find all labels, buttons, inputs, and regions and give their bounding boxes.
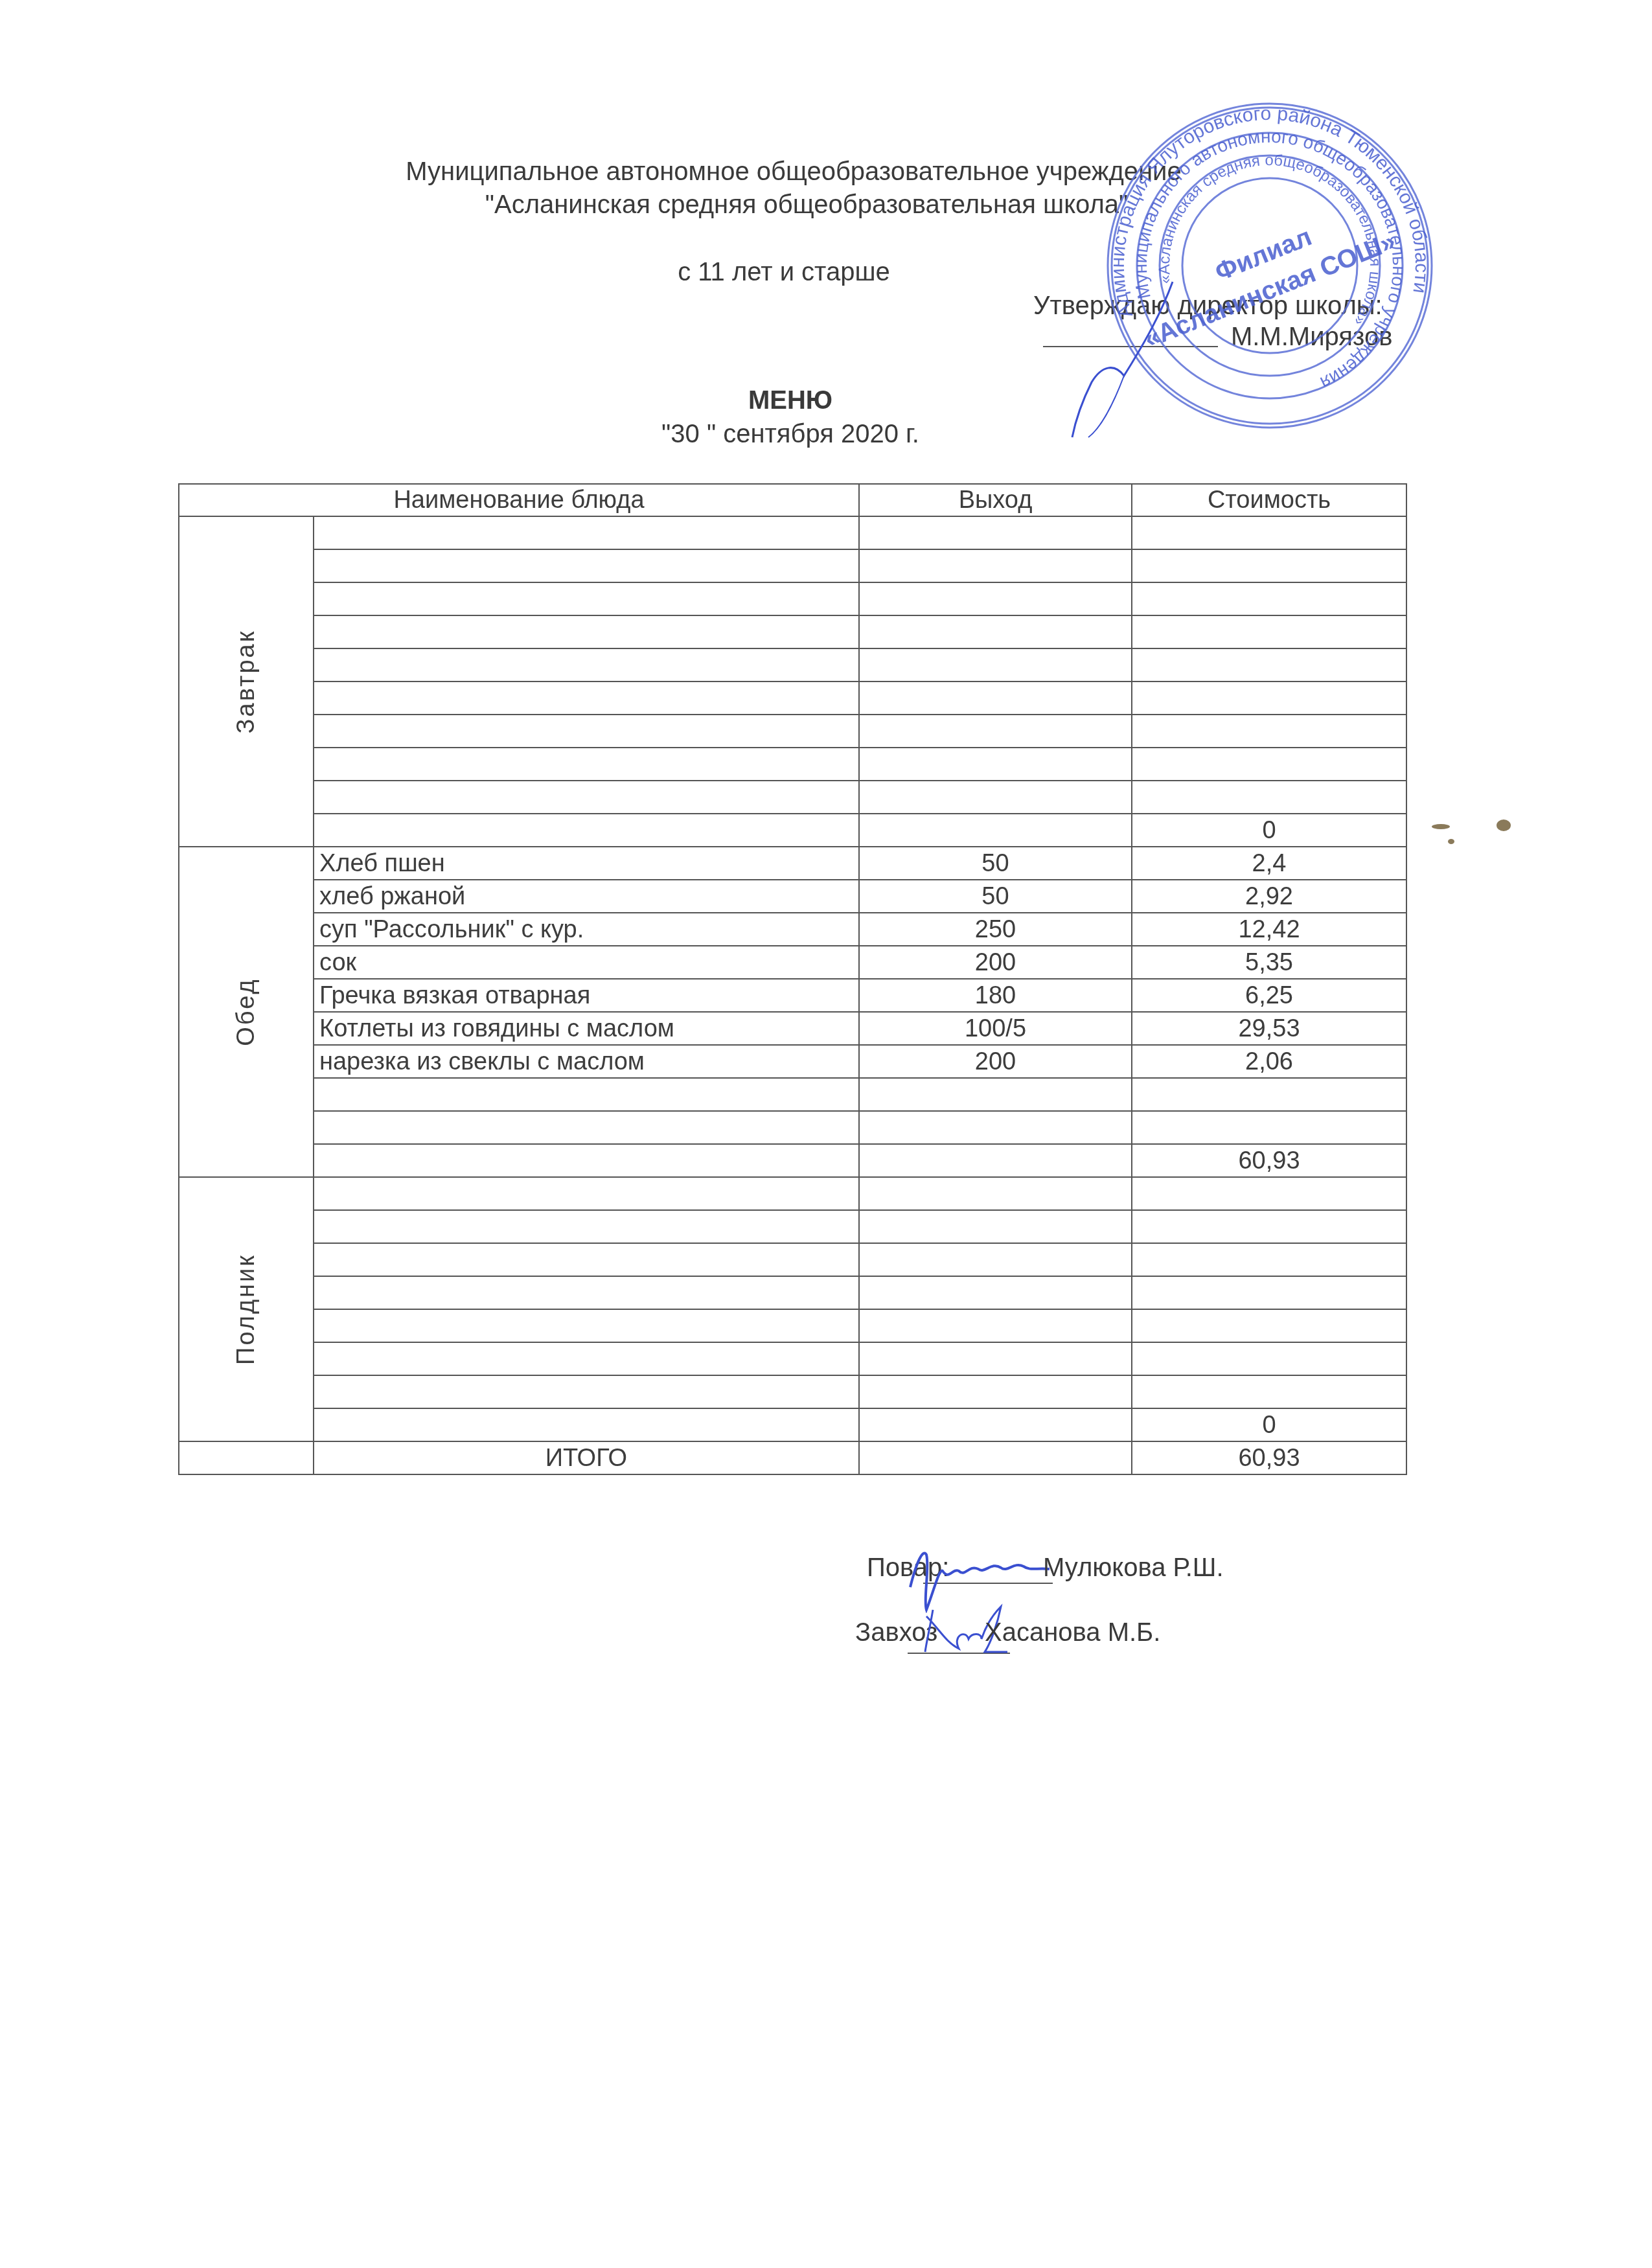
table-row bbox=[179, 582, 1406, 615]
subtotal-cost: 0 bbox=[1132, 1408, 1406, 1441]
subtotal-row: 60,93 bbox=[179, 1144, 1406, 1177]
total-yield bbox=[859, 1441, 1132, 1474]
dish-name bbox=[314, 516, 859, 549]
dish-cost bbox=[1132, 1078, 1406, 1111]
table-row bbox=[179, 1309, 1406, 1342]
dish-cost bbox=[1132, 715, 1406, 748]
dish-name bbox=[314, 615, 859, 648]
dish-yield bbox=[859, 582, 1132, 615]
scan-speck bbox=[1448, 839, 1454, 844]
dish-yield bbox=[859, 1210, 1132, 1243]
subtotal-yield bbox=[859, 1408, 1132, 1441]
dish-name bbox=[314, 1375, 859, 1408]
dish-yield bbox=[859, 516, 1132, 549]
dish-name bbox=[314, 1243, 859, 1276]
scan-speck bbox=[1497, 819, 1511, 831]
table-row: Завтрак bbox=[179, 516, 1406, 549]
dish-name: Хлеб пшен bbox=[314, 847, 859, 880]
subtotal-yield bbox=[859, 814, 1132, 847]
total-row: ИТОГО 60,93 bbox=[179, 1441, 1406, 1474]
dish-yield bbox=[859, 1111, 1132, 1144]
dish-cost bbox=[1132, 615, 1406, 648]
dish-cost bbox=[1132, 1309, 1406, 1342]
dish-cost bbox=[1132, 1342, 1406, 1375]
column-header-yield: Выход bbox=[859, 484, 1132, 516]
dish-name bbox=[314, 1177, 859, 1210]
dish-yield: 200 bbox=[859, 946, 1132, 979]
dish-yield bbox=[859, 1243, 1132, 1276]
dish-cost: 6,25 bbox=[1132, 979, 1406, 1012]
table-row: ОбедХлеб пшен502,4 bbox=[179, 847, 1406, 880]
column-header-cost: Стоимость bbox=[1132, 484, 1406, 516]
dish-cost: 2,06 bbox=[1132, 1045, 1406, 1078]
table-row: нарезка из свеклы с маслом2002,06 bbox=[179, 1045, 1406, 1078]
dish-yield: 50 bbox=[859, 847, 1132, 880]
table-row bbox=[179, 615, 1406, 648]
dish-name bbox=[314, 648, 859, 682]
dish-name bbox=[314, 582, 859, 615]
dish-yield bbox=[859, 1078, 1132, 1111]
meal-section-cell: Полдник bbox=[179, 1177, 314, 1441]
director-signature-icon bbox=[1062, 279, 1179, 441]
table-row bbox=[179, 1375, 1406, 1408]
dish-cost bbox=[1132, 781, 1406, 814]
dish-cost: 29,53 bbox=[1132, 1012, 1406, 1045]
dish-yield bbox=[859, 1309, 1132, 1342]
dish-yield: 50 bbox=[859, 880, 1132, 913]
dish-name bbox=[314, 1078, 859, 1111]
table-row bbox=[179, 1078, 1406, 1111]
table-header-row: Наименование блюда Выход Стоимость bbox=[179, 484, 1406, 516]
subtotal-name bbox=[314, 1144, 859, 1177]
dish-yield: 180 bbox=[859, 979, 1132, 1012]
dish-cost bbox=[1132, 1375, 1406, 1408]
dish-yield bbox=[859, 781, 1132, 814]
dish-name bbox=[314, 1309, 859, 1342]
dish-cost bbox=[1132, 748, 1406, 781]
dish-name: сок bbox=[314, 946, 859, 979]
table-row: Котлеты из говядины с маслом100/529,53 bbox=[179, 1012, 1406, 1045]
table-row bbox=[179, 781, 1406, 814]
dish-name bbox=[314, 682, 859, 715]
dish-yield: 250 bbox=[859, 913, 1132, 946]
dish-cost bbox=[1132, 582, 1406, 615]
dish-cost: 5,35 bbox=[1132, 946, 1406, 979]
cook-signature-icon bbox=[904, 1542, 1053, 1613]
subtotal-row: 0 bbox=[179, 814, 1406, 847]
dish-cost bbox=[1132, 1111, 1406, 1144]
dish-yield bbox=[859, 1375, 1132, 1408]
table-row: сок2005,35 bbox=[179, 946, 1406, 979]
total-value: 60,93 bbox=[1132, 1441, 1406, 1474]
scan-speck bbox=[1432, 824, 1450, 829]
total-label: ИТОГО bbox=[314, 1441, 859, 1474]
dish-cost bbox=[1132, 648, 1406, 682]
table-row bbox=[179, 1243, 1406, 1276]
dish-name bbox=[314, 549, 859, 582]
cook-name: Мулюкова Р.Ш. bbox=[1043, 1555, 1224, 1581]
dish-name: Гречка вязкая отварная bbox=[314, 979, 859, 1012]
age-group: с 11 лет и старше bbox=[648, 259, 920, 285]
table-row bbox=[179, 715, 1406, 748]
meal-section-label: Завтрак bbox=[232, 630, 260, 734]
meal-section-cell: Завтрак bbox=[179, 516, 314, 847]
dish-name bbox=[314, 1276, 859, 1309]
dish-cost: 2,92 bbox=[1132, 880, 1406, 913]
subtotal-yield bbox=[859, 1144, 1132, 1177]
page-title: МЕНЮ bbox=[713, 387, 868, 413]
meal-section-label: Обед bbox=[232, 978, 260, 1046]
table-row: Полдник bbox=[179, 1177, 1406, 1210]
dish-name bbox=[314, 715, 859, 748]
dish-yield bbox=[859, 715, 1132, 748]
subtotal-name bbox=[314, 1408, 859, 1441]
table-row: хлеб ржаной502,92 bbox=[179, 880, 1406, 913]
organization-name-line1: Муниципальное автономное общеобразовател… bbox=[389, 159, 1199, 185]
dish-name: нарезка из свеклы с маслом bbox=[314, 1045, 859, 1078]
dish-cost: 12,42 bbox=[1132, 913, 1406, 946]
dish-cost bbox=[1132, 1243, 1406, 1276]
dish-yield: 100/5 bbox=[859, 1012, 1132, 1045]
subtotal-cost: 60,93 bbox=[1132, 1144, 1406, 1177]
menu-table: Наименование блюда Выход Стоимость Завтр… bbox=[178, 483, 1407, 1475]
dish-cost bbox=[1132, 1210, 1406, 1243]
table-row: Гречка вязкая отварная1806,25 bbox=[179, 979, 1406, 1012]
dish-name bbox=[314, 1342, 859, 1375]
column-header-dish-name: Наименование блюда bbox=[179, 484, 859, 516]
organization-name-line2: "Асланинская средняя общеобразовательная… bbox=[402, 192, 1211, 218]
dish-cost bbox=[1132, 1177, 1406, 1210]
subtotal-cost: 0 bbox=[1132, 814, 1406, 847]
dish-cost bbox=[1132, 682, 1406, 715]
dish-yield bbox=[859, 1276, 1132, 1309]
table-row bbox=[179, 1210, 1406, 1243]
total-row-spacer bbox=[179, 1441, 314, 1474]
dish-yield bbox=[859, 549, 1132, 582]
table-row bbox=[179, 1342, 1406, 1375]
table-row bbox=[179, 1111, 1406, 1144]
meal-section-cell: Обед bbox=[179, 847, 314, 1177]
dish-yield bbox=[859, 615, 1132, 648]
dish-name: суп "Рассольник" с кур. bbox=[314, 913, 859, 946]
table-row bbox=[179, 1276, 1406, 1309]
subtotal-row: 0 bbox=[179, 1408, 1406, 1441]
dish-name: Котлеты из говядины с маслом bbox=[314, 1012, 859, 1045]
dish-cost bbox=[1132, 549, 1406, 582]
table-row bbox=[179, 748, 1406, 781]
dish-yield bbox=[859, 648, 1132, 682]
table-row bbox=[179, 682, 1406, 715]
table-body: Завтрак0ОбедХлеб пшен502,4хлеб ржаной502… bbox=[179, 516, 1406, 1441]
table-row: суп "Рассольник" с кур.25012,42 bbox=[179, 913, 1406, 946]
dish-name bbox=[314, 1111, 859, 1144]
dish-yield bbox=[859, 1342, 1132, 1375]
meal-section-label: Полдник bbox=[232, 1254, 260, 1365]
subtotal-name bbox=[314, 814, 859, 847]
dish-yield bbox=[859, 748, 1132, 781]
dish-name bbox=[314, 781, 859, 814]
storekeeper-name: Хасанова М.Б. bbox=[985, 1620, 1160, 1645]
table-row bbox=[179, 549, 1406, 582]
menu-date: "30 " сентября 2020 г. bbox=[648, 421, 933, 447]
dish-yield bbox=[859, 682, 1132, 715]
dish-cost: 2,4 bbox=[1132, 847, 1406, 880]
dish-name: хлеб ржаной bbox=[314, 880, 859, 913]
dish-yield bbox=[859, 1177, 1132, 1210]
dish-name bbox=[314, 748, 859, 781]
dish-cost bbox=[1132, 1276, 1406, 1309]
dish-yield: 200 bbox=[859, 1045, 1132, 1078]
dish-name bbox=[314, 1210, 859, 1243]
dish-cost bbox=[1132, 516, 1406, 549]
table-row bbox=[179, 648, 1406, 682]
